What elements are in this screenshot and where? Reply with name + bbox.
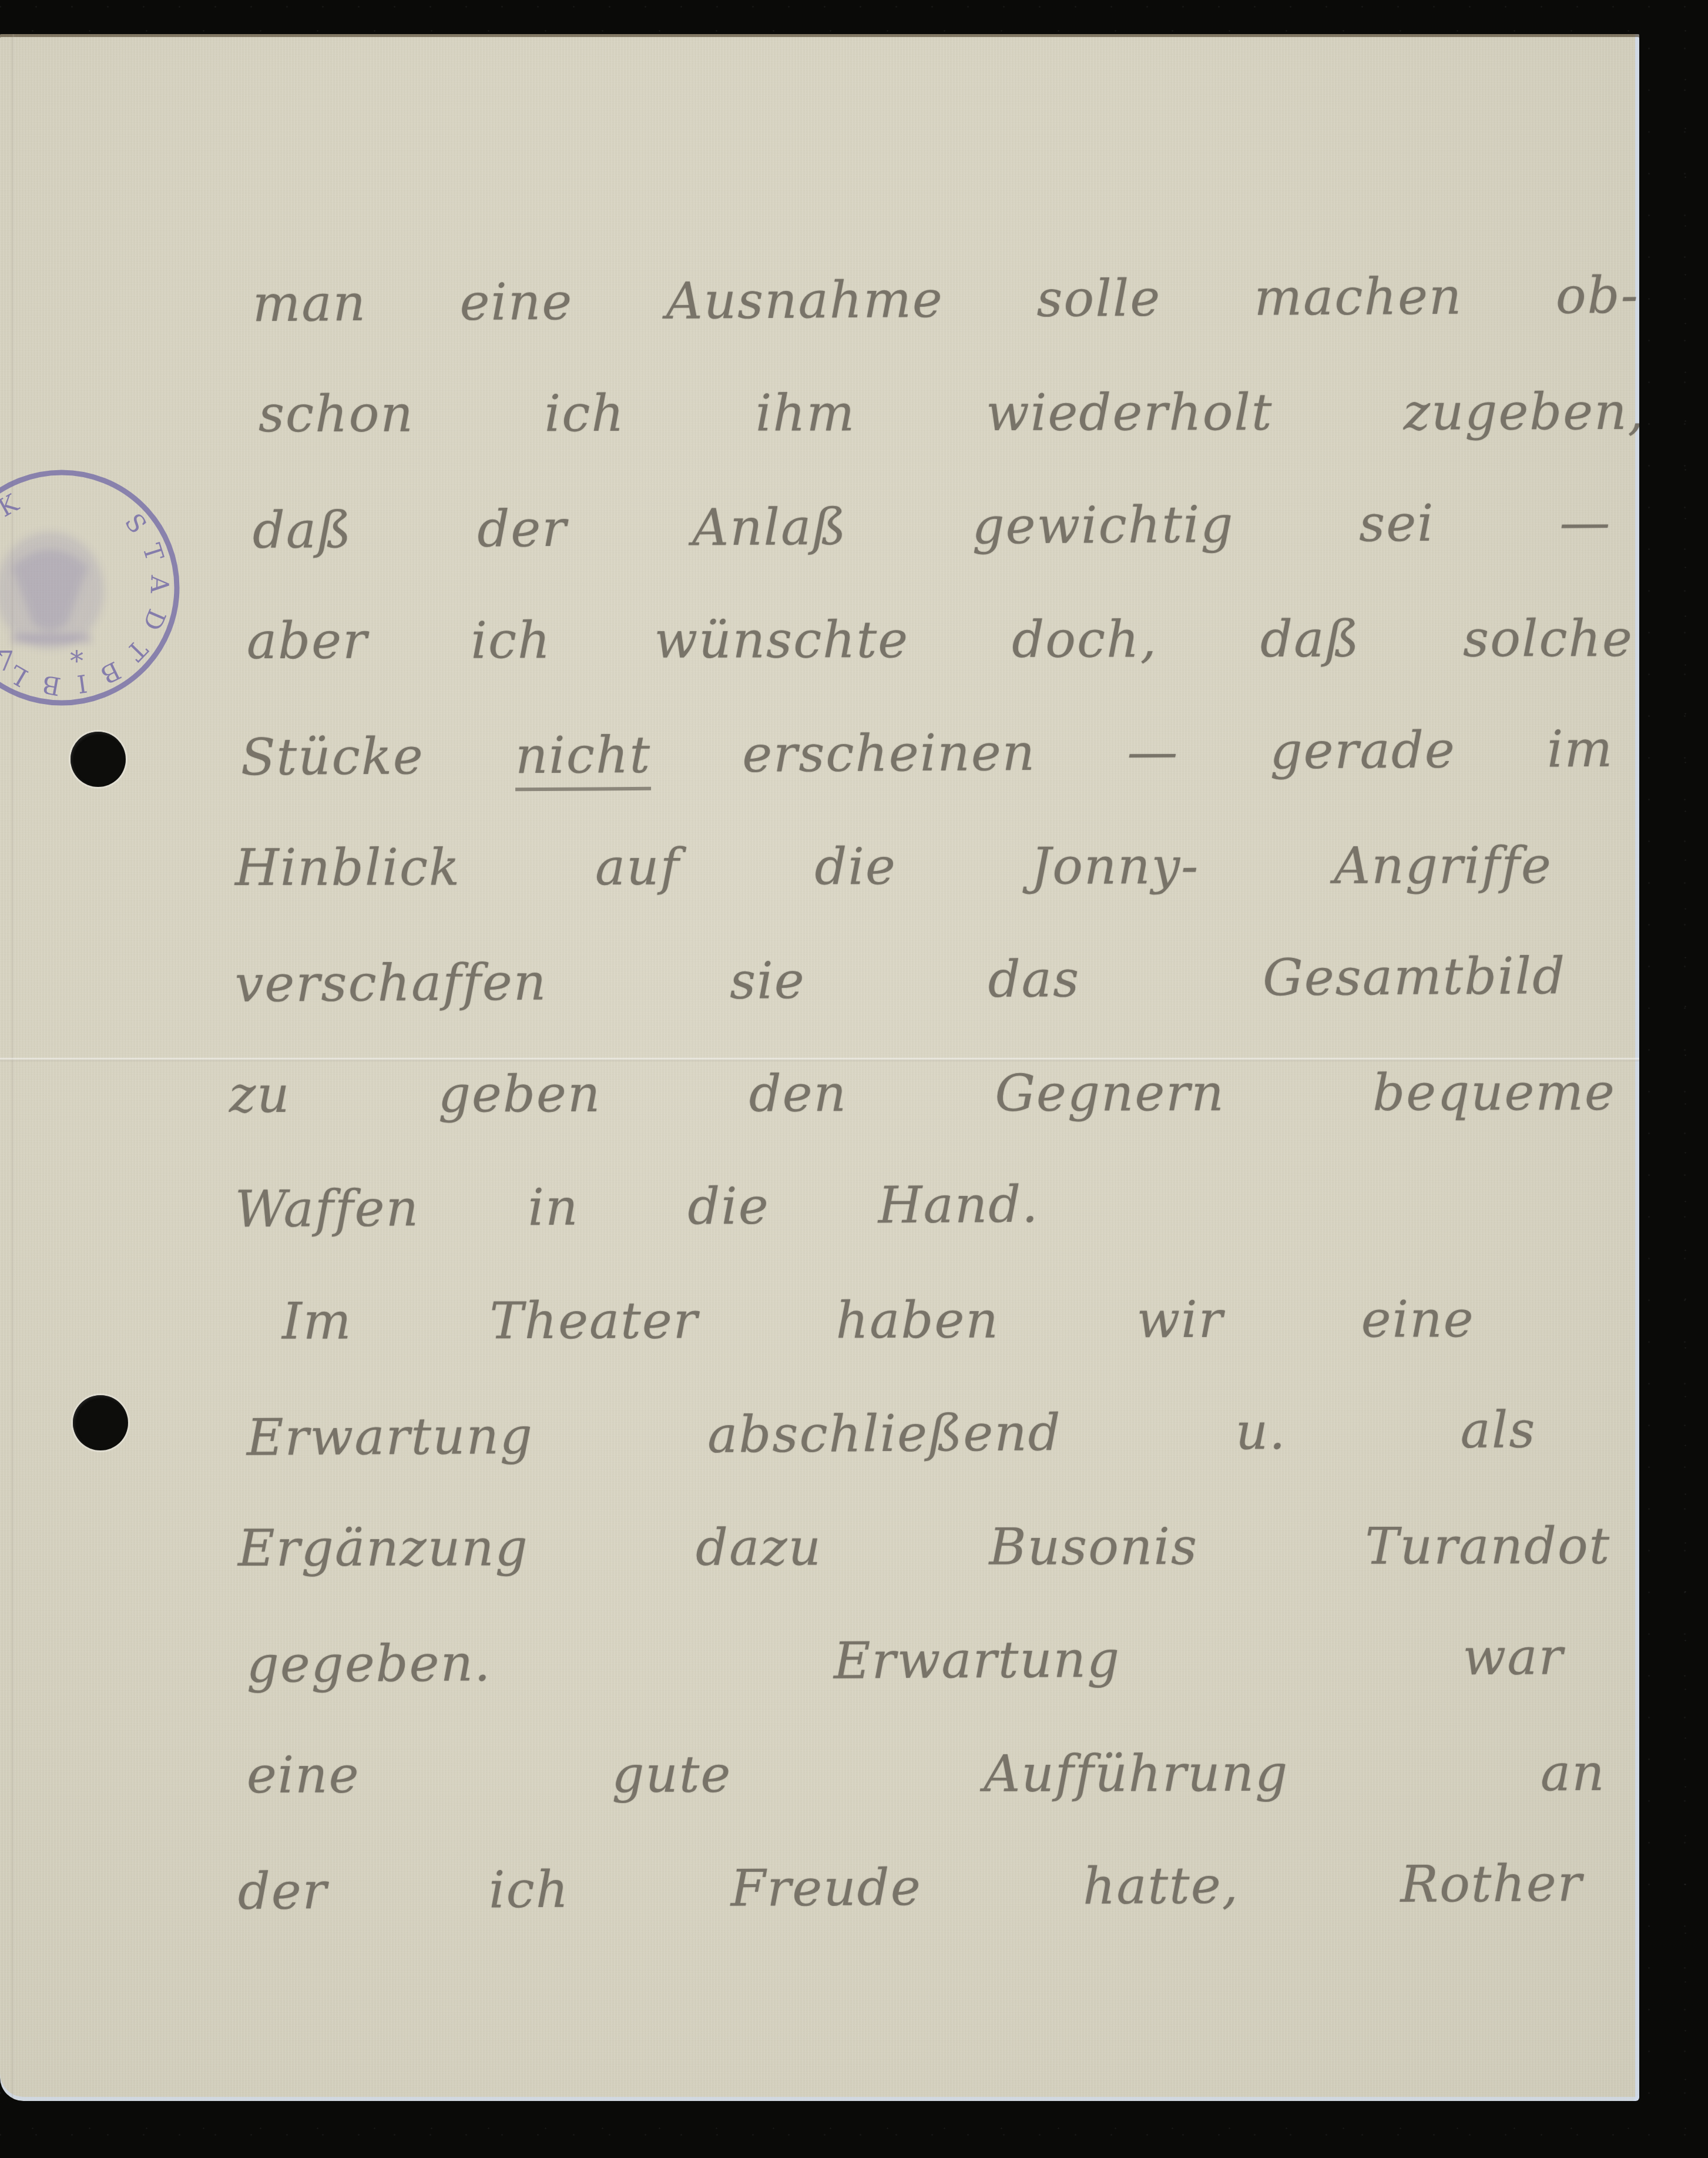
handwritten-word: doch,: [1012, 610, 1157, 669]
punch-hole: [71, 732, 126, 787]
handwritten-word: den: [749, 1064, 848, 1123]
handwritten-word: zugeben,: [1404, 383, 1639, 442]
handwritten-word: Aufführung: [984, 1744, 1288, 1804]
handwritten-word: gegeben.: [246, 1634, 491, 1694]
handwritten-word: Gegnern: [995, 1064, 1225, 1123]
handwritten-word: als: [1460, 1400, 1536, 1460]
handwritten-word: Jonny-: [1031, 837, 1200, 896]
handwritten-word: Rother: [1400, 1854, 1583, 1914]
letter-page: STADTBIBLIOTHEK 7 * maneineAusnahmesolle…: [0, 34, 1639, 2101]
handwriting-line: eineguteAufführungan: [247, 1744, 1606, 1859]
handwritten-word: im: [1547, 720, 1614, 779]
handwritten-word: sei: [1359, 494, 1435, 554]
handwriting-line: WaffenindieHand.: [234, 1175, 1039, 1294]
handwritten-word: verschaffen: [234, 953, 547, 1014]
handwritten-word: nicht: [515, 726, 652, 791]
eagle-emblem: [0, 532, 104, 649]
handwriting-line: schonichihmwiederholtzugeben,: [259, 383, 1639, 498]
handwritten-word: Erwartung: [834, 1630, 1121, 1691]
handwritten-word: dazu: [696, 1518, 822, 1577]
handwriting-line: Erwartungabschließendu.als: [246, 1400, 1536, 1522]
handwritten-word: an: [1541, 1744, 1606, 1802]
handwritten-word: wünschte: [654, 611, 909, 670]
handwritten-word: ich: [471, 611, 551, 670]
handwritten-word: der: [477, 500, 568, 559]
handwritten-word: u.: [1235, 1402, 1286, 1462]
handwriting-line: Stückenichterscheinen—geradeim: [240, 720, 1614, 842]
handwritten-word: eine: [247, 1746, 360, 1805]
stamp-bottom-text: 7 *: [0, 645, 107, 677]
handwritten-word: Hinblick: [235, 838, 461, 897]
handwritten-word: gerade: [1270, 721, 1456, 781]
handwritten-word: geben: [438, 1065, 601, 1124]
handwritten-word: Im: [282, 1292, 353, 1351]
handwritten-word: aber: [247, 612, 368, 671]
handwritten-word: die: [687, 1177, 770, 1237]
handwritten-word: Anlaß: [692, 498, 847, 558]
handwriting-line: gegeben.Erwartungwar: [246, 1627, 1564, 1749]
handwritten-word: wiederholt: [986, 383, 1273, 443]
handwriting-line: verschaffensiedasGesamtbild: [234, 947, 1566, 1068]
handwritten-word: war: [1462, 1627, 1564, 1687]
handwritten-word: zu: [229, 1065, 291, 1124]
handwritten-word: Erwartung: [246, 1407, 533, 1467]
handwritten-word: solle: [1036, 269, 1161, 329]
handwritten-word: Busonis: [989, 1517, 1198, 1577]
handwritten-word: Theater: [489, 1292, 699, 1351]
handwritten-word: ich: [545, 384, 625, 443]
handwritten-word: —: [1127, 722, 1179, 782]
handwritten-word: ob-: [1555, 266, 1639, 326]
handwritten-word: Gesamtbild: [1263, 947, 1566, 1007]
handwriting-line: zugebendenGegnernbequeme: [229, 1063, 1616, 1179]
handwriting-line: HinblickaufdieJonny-Angriffe: [235, 836, 1552, 952]
handwritten-word: Hand.: [878, 1175, 1039, 1235]
handwritten-word: Stücke: [240, 727, 424, 787]
handwritten-word: das: [988, 950, 1080, 1009]
punch-hole: [73, 1395, 128, 1450]
handwritten-word: man: [252, 274, 367, 333]
handwriting-line: daßderAnlaßgewichtigsei—: [252, 493, 1612, 615]
handwritten-word: schon: [259, 385, 414, 444]
handwritten-word: Freude: [730, 1858, 922, 1918]
handwritten-word: eine: [459, 273, 573, 332]
handwritten-word: der: [237, 1862, 328, 1921]
scanned-letter-page: STADTBIBLIOTHEK 7 * maneineAusnahmesolle…: [0, 0, 1708, 2158]
handwritten-word: daß: [252, 501, 352, 560]
handwritten-word: in: [528, 1178, 579, 1238]
handwriting-line: ImTheaterhabenwireine: [282, 1290, 1475, 1406]
handwritten-word: daß: [1260, 610, 1360, 669]
handwritten-word: Ausnahme: [666, 270, 944, 331]
handwritten-word: Turandot: [1365, 1517, 1610, 1576]
handwritten-word: wir: [1137, 1291, 1224, 1349]
handwritten-word: erscheinen: [742, 723, 1036, 784]
handwriting-block: maneineAusnahmesollemachenob-schonichihm…: [229, 270, 1616, 1972]
handwritten-word: solche: [1463, 609, 1633, 669]
handwritten-word: Ergänzung: [238, 1519, 529, 1578]
handwritten-word: sie: [730, 951, 806, 1011]
handwritten-word: Waffen: [234, 1179, 420, 1239]
handwritten-word: gute: [612, 1745, 731, 1804]
handwritten-word: —: [1559, 493, 1612, 552]
vertical-crease: [12, 34, 14, 2101]
handwritten-word: bequeme: [1373, 1063, 1616, 1122]
handwriting-line: derichFreudehatte,Rother: [237, 1854, 1583, 1976]
handwritten-word: ihm: [756, 384, 856, 443]
library-stamp: STADTBIBLIOTHEK 7 *: [0, 467, 182, 708]
handwritten-word: auf: [595, 838, 680, 897]
handwriting-line: aberichwünschtedoch,daßsolche: [247, 609, 1633, 725]
handwritten-word: Angriffe: [1334, 836, 1552, 896]
handwritten-word: hatte,: [1083, 1857, 1240, 1916]
handwritten-word: abschließend: [707, 1403, 1062, 1465]
handwritten-word: die: [814, 837, 897, 896]
handwriting-line: ErgänzungdazuBusonisTurandot: [238, 1517, 1611, 1633]
handwritten-word: eine: [1361, 1290, 1475, 1349]
handwritten-word: ich: [489, 1861, 570, 1920]
handwritten-word: haben: [836, 1291, 999, 1350]
handwritten-word: machen: [1254, 267, 1462, 327]
handwriting-line: maneineAusnahmesollemachenob-: [252, 266, 1639, 388]
handwritten-word: gewichtig: [972, 495, 1234, 556]
